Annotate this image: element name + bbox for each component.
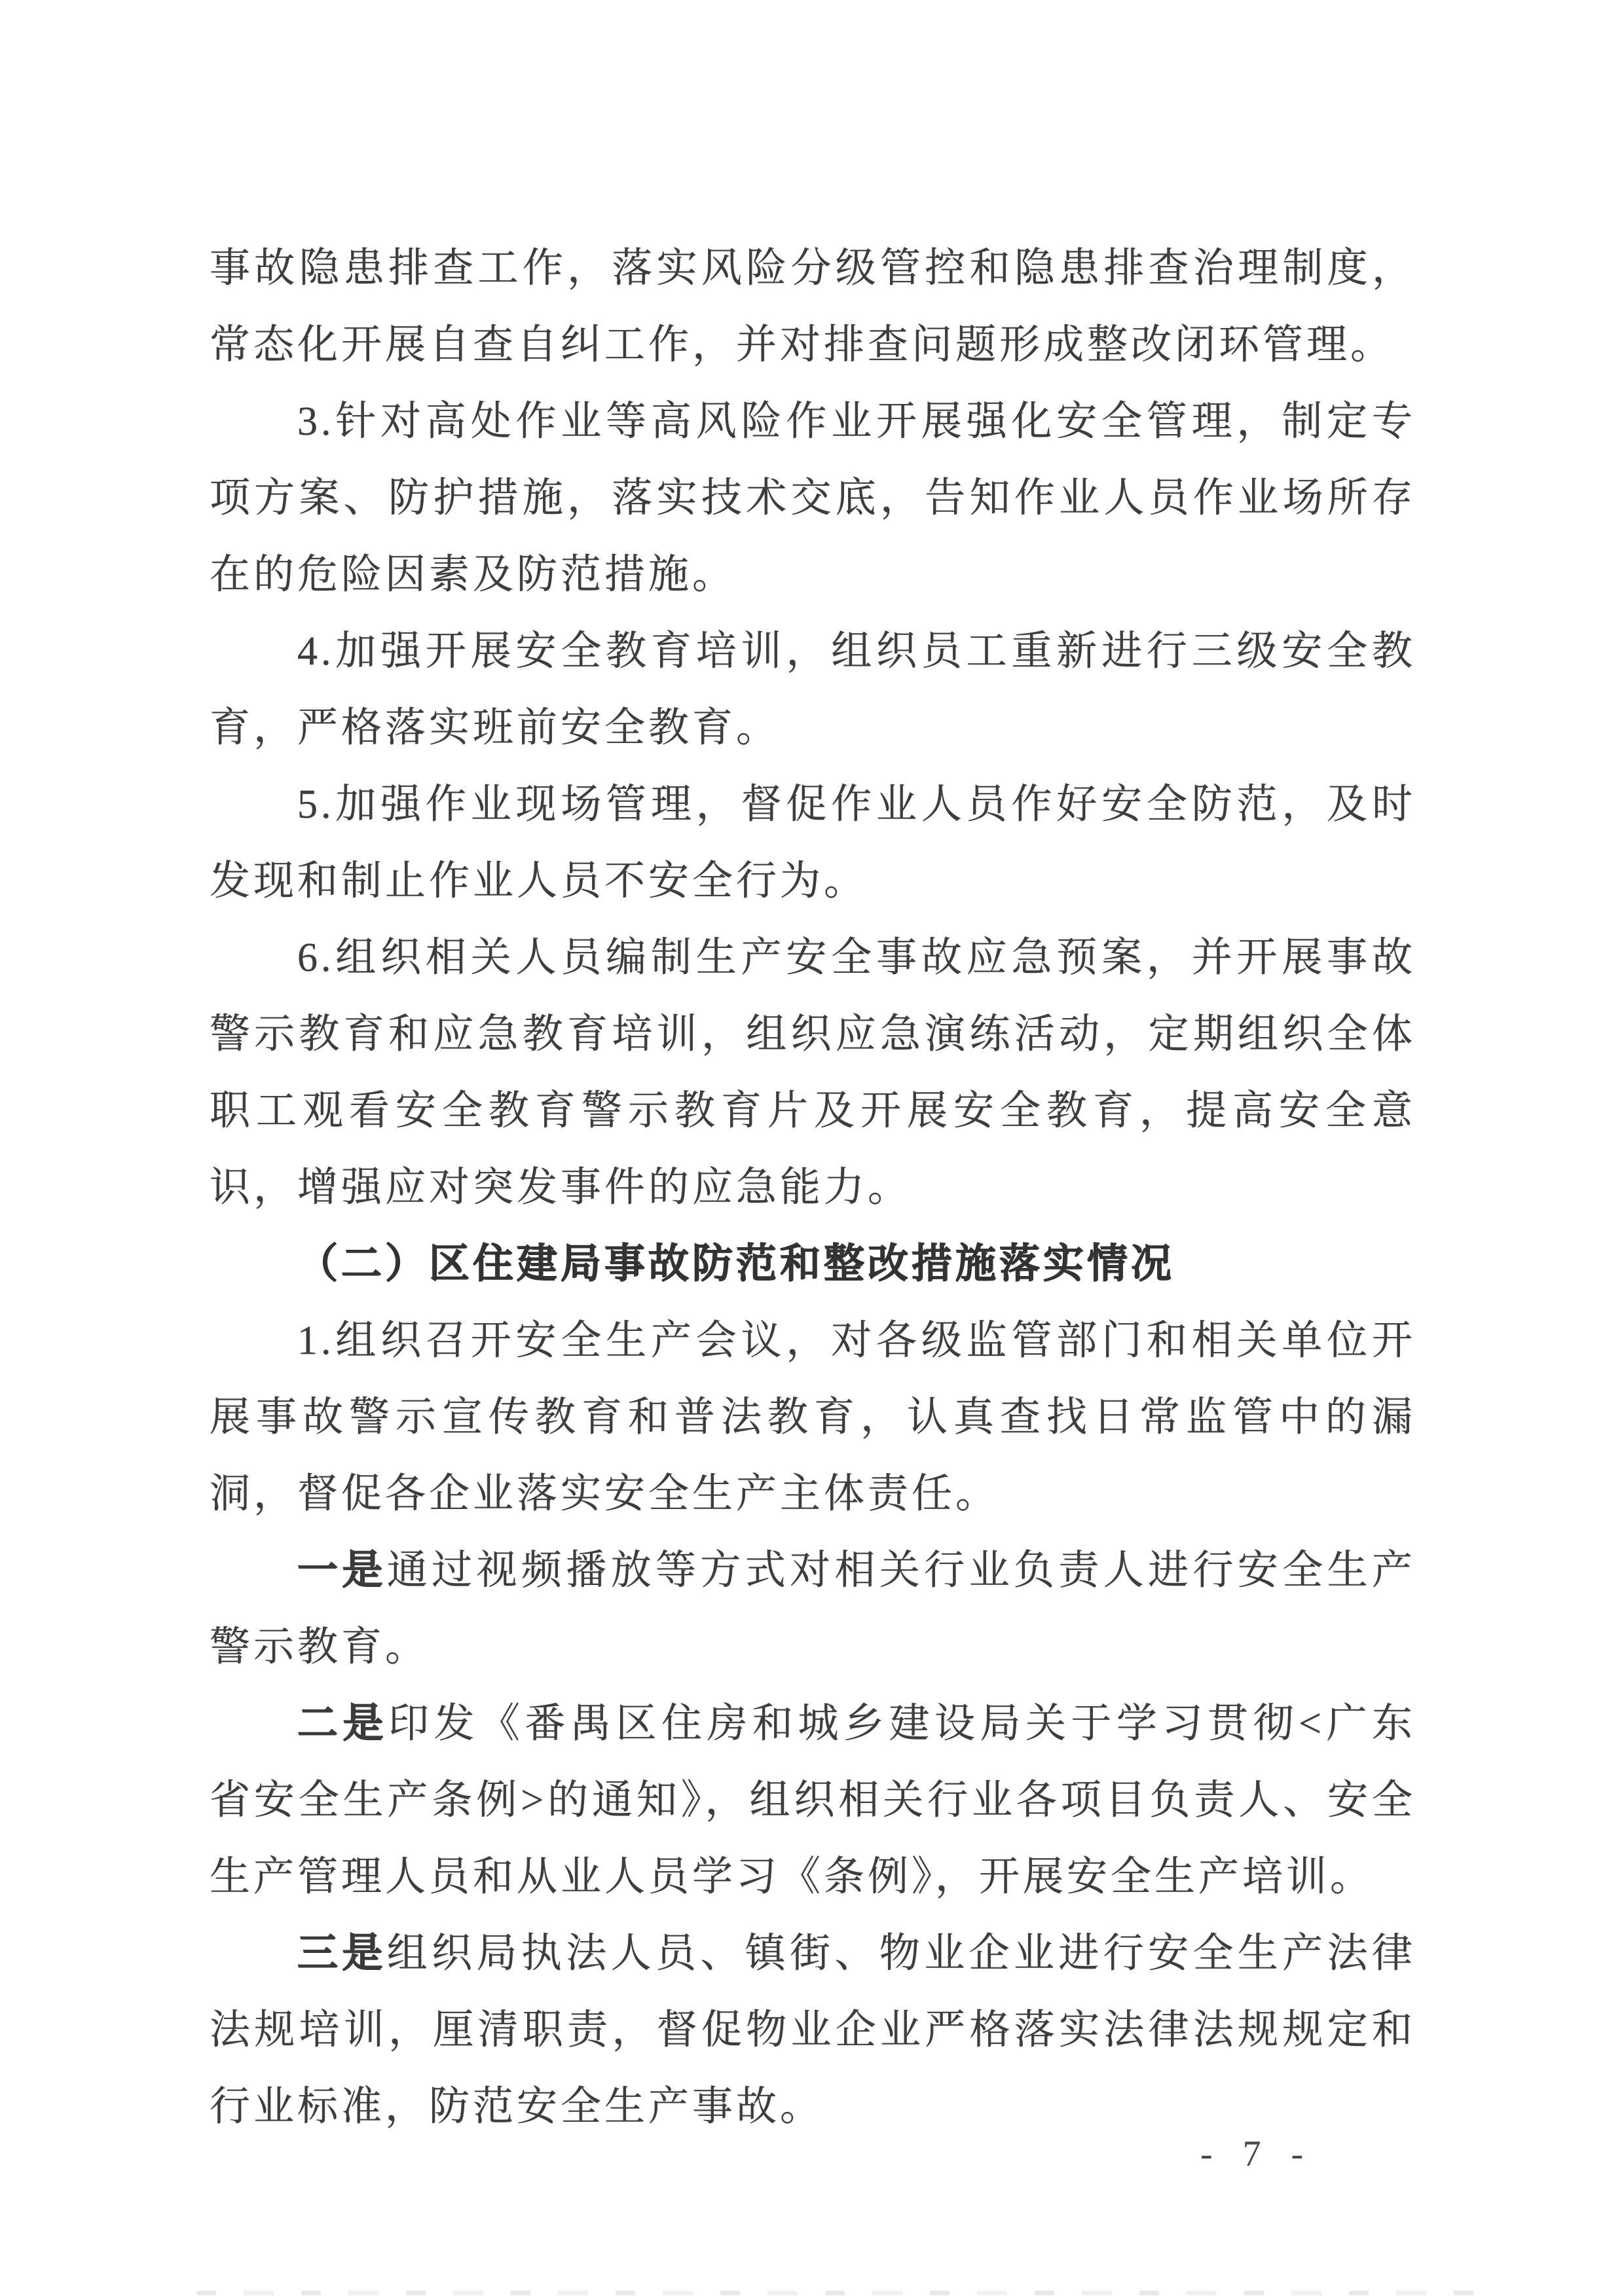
scan-artifact xyxy=(196,2291,1480,2295)
page-number: - 7 - xyxy=(1200,2133,1314,2175)
paragraph-text: 组织局执法人员、镇街、物业企业进行安全生产法律法规培训，厘清职责，督促物业企业严… xyxy=(210,1931,1416,2129)
paragraph-lead: 一是 xyxy=(297,1548,387,1593)
paragraph-lead: 三是 xyxy=(297,1931,387,1976)
document-body: 事故隐患排查工作，落实风险分级管控和隐患排查治理制度，常态化开展自查自纠工作，并… xyxy=(210,230,1416,2145)
section-heading: （二）区住建局事故防范和整改措施落实情况 xyxy=(210,1226,1416,1303)
scanned-document-page: 事故隐患排查工作，落实风险分级管控和隐患排查治理制度，常态化开展自查自纠工作，并… xyxy=(0,0,1624,2296)
paragraph-lead: 二是 xyxy=(297,1702,388,1746)
paragraph: 4.加强开展安全教育培训，组织员工重新进行三级安全教育，严格落实班前安全教育。 xyxy=(210,613,1416,767)
paragraph-text: 通过视频播放等方式对相关行业负责人进行安全生产警示教育。 xyxy=(210,1548,1416,1669)
paragraph-text: 印发《番禺区住房和城乡建设局关于学习贯彻<广东省安全生产条例>的通知》，组织相关… xyxy=(210,1702,1416,1899)
paragraph: 1.组织召开安全生产会议，对各级监管部门和相关单位开展事故警示宣传教育和普法教育… xyxy=(210,1303,1416,1533)
paragraph: 3.针对高处作业等高风险作业开展强化安全管理，制定专项方案、防护措施，落实技术交… xyxy=(210,384,1416,613)
paragraph: 二是印发《番禺区住房和城乡建设局关于学习贯彻<广东省安全生产条例>的通知》，组织… xyxy=(210,1686,1416,1916)
paragraph: 三是组织局执法人员、镇街、物业企业进行安全生产法律法规培训，厘清职责，督促物业企… xyxy=(210,1916,1416,2145)
paragraph: 一是通过视频播放等方式对相关行业负责人进行安全生产警示教育。 xyxy=(210,1533,1416,1686)
paragraph: 5.加强作业现场管理，督促作业人员作好安全防范，及时发现和制止作业人员不安全行为… xyxy=(210,767,1416,920)
paragraph: 6.组织相关人员编制生产安全事故应急预案，并开展事故警示教育和应急教育培训，组织… xyxy=(210,920,1416,1226)
paragraph-continuation: 事故隐患排查工作，落实风险分级管控和隐患排查治理制度，常态化开展自查自纠工作，并… xyxy=(210,230,1416,384)
